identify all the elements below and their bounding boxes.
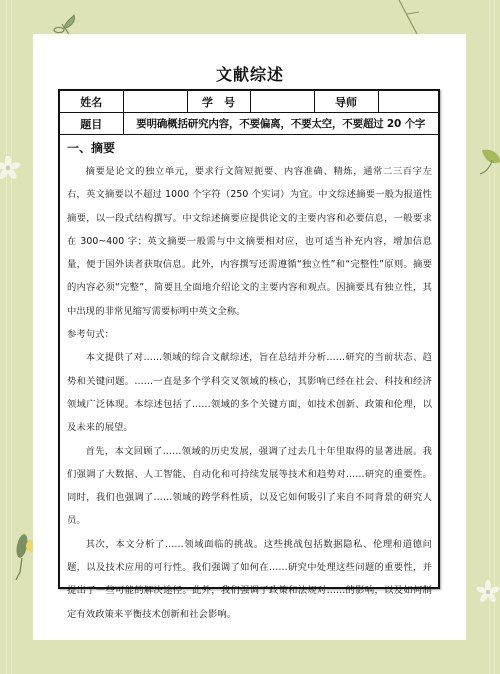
paragraph: 首先，本文回顾了……领域的历史发展，强调了过去几十年里取得的显著进展。我们强调了… <box>67 440 432 533</box>
advisor-label: 导师 <box>314 91 378 113</box>
topic-field[interactable]: 要明确概括研究内容，不要偏离，不要太空，不要超过 20 个字 <box>123 113 438 135</box>
background-stripe <box>489 0 490 674</box>
info-table: 姓名 学 号 导师 题目 要明确概括研究内容，不要偏离，不要太空，不要超过 20… <box>60 91 438 135</box>
background-stripe <box>6 0 7 674</box>
topic-label: 题目 <box>60 113 123 135</box>
student-id-field[interactable] <box>250 91 314 113</box>
document-form: 姓名 学 号 导师 题目 要明确概括研究内容，不要偏离，不要太空，不要超过 20… <box>58 89 440 589</box>
document-title: 文献综述 <box>0 62 500 85</box>
reference-label: 参考句式： <box>67 323 432 346</box>
flower-icon <box>0 156 24 184</box>
paragraph: 摘要是论文的独立单元，要求行文简短扼要、内容准确、精炼，通常二三百字左右，英文摘… <box>67 160 432 323</box>
info-row-topic: 题目 要明确概括研究内容，不要偏离，不要太空，不要超过 20 个字 <box>60 113 438 135</box>
section-heading: 一、摘要 <box>67 139 432 156</box>
leaf-icon <box>474 148 500 178</box>
abstract-section: 一、摘要 摘要是论文的独立单元，要求行文简短扼要、内容准确、精炼，通常二三百字左… <box>60 135 438 626</box>
twig-icon <box>395 0 425 36</box>
info-row-personal: 姓名 学 号 导师 <box>60 91 438 113</box>
name-field[interactable] <box>123 91 187 113</box>
paragraph: 本文提供了对……领域的综合文献综述，旨在总结并分析……研究的当前状态、趋势和关键… <box>67 346 432 439</box>
student-id-label: 学 号 <box>187 91 250 113</box>
flower-icon <box>476 580 500 606</box>
name-label: 姓名 <box>60 91 123 113</box>
advisor-field[interactable] <box>378 91 438 113</box>
background-stripe <box>494 0 495 674</box>
paragraph: 其次，本文分析了……领域面临的挑战。这些挑战包括数据隐私、伦理和道德问题，以及技… <box>67 533 432 626</box>
